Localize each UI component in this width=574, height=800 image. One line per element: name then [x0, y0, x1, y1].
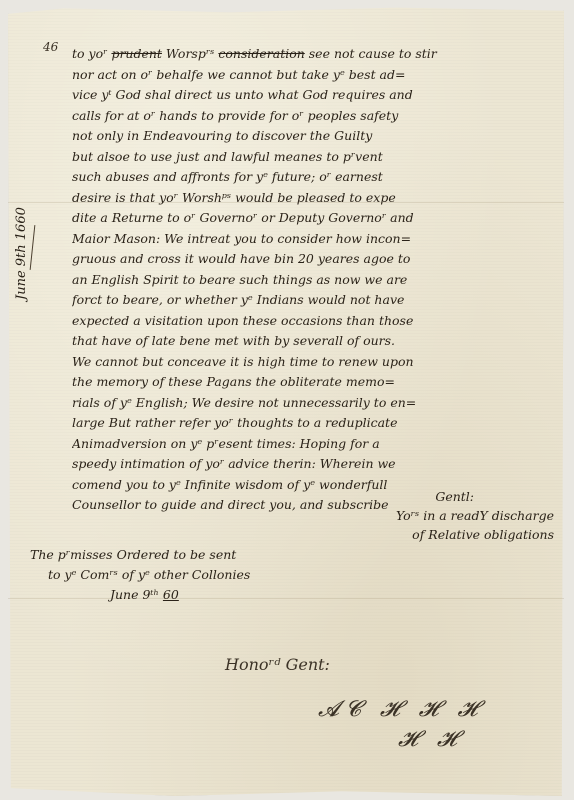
order-date-year: 60 [163, 587, 179, 602]
body-line: vice yᵗ God shal direct us unto what God… [72, 85, 560, 106]
margin-date: June 9th 1660 [14, 207, 29, 300]
body-line: nor act on oʳ behalfe we cannot but take… [72, 65, 560, 86]
body-line: desire is that yoʳ Worshᵖˢ would be plea… [72, 188, 560, 209]
order-date: June 9ᵗʰ 60 [30, 585, 250, 605]
initials-row: 𝓐𝓒 𝓗 𝓗 𝓗 [318, 695, 483, 725]
body-line: an English Spirit to beare such things a… [72, 270, 560, 291]
folio-number: 46 [43, 40, 58, 54]
order-note: The pʳmisses Ordered to be sent to yᵉ Co… [30, 545, 250, 605]
endorsement: Honoʳᵈ Gent: [225, 655, 330, 674]
closing-salutation: Gentl: [396, 487, 554, 506]
closing-line: Yoʳˢ in a readY discharge [396, 506, 554, 525]
body-line: rials of yᵉ English; We desire not unnec… [72, 393, 560, 414]
initials-row: 𝓗 𝓗 [318, 725, 483, 755]
letter-closing: Gentl: Yoʳˢ in a readY discharge of Rela… [396, 487, 554, 544]
order-line: to yᵉ Comʳˢ of yᵉ other Collonies [30, 565, 250, 585]
body-line: expected a visitation upon these occasio… [72, 311, 560, 332]
body-line: but alsoe to use just and lawful meanes … [72, 147, 560, 168]
signature-initials: 𝓐𝓒 𝓗 𝓗 𝓗 𝓗 𝓗 [318, 695, 483, 755]
body-line: speedy intimation of yoʳ advice therin: … [72, 454, 560, 475]
body-line: calls for at oʳ hands to provide for oʳ … [72, 106, 560, 127]
body-line: We cannot but conceave it is high time t… [72, 352, 560, 373]
body-line: not only in Endeavouring to discover the… [72, 126, 560, 147]
body-line: to yoʳ prudent Worspʳˢ consideration see… [72, 44, 560, 65]
body-line: dite a Returne to oʳ Governoʳ or Deputy … [72, 208, 560, 229]
body-line: gruous and cross it would have bin 20 ye… [72, 249, 560, 270]
body-line: that have of late bene met with by sever… [72, 331, 560, 352]
body-line: such abuses and affronts for yᵉ future; … [72, 167, 560, 188]
order-date-day: June 9ᵗʰ [110, 587, 159, 602]
letter-body: to yoʳ prudent Worspʳˢ consideration see… [72, 44, 560, 516]
body-line: the memory of these Pagans the obliterat… [72, 372, 560, 393]
body-line: large But rather refer yoʳ thoughts to a… [72, 413, 560, 434]
body-line: Maior Mason: We intreat you to consider … [72, 229, 560, 250]
order-line: The pʳmisses Ordered to be sent [30, 545, 250, 565]
body-line: Animadversion on yᵉ pʳesent times: Hopin… [72, 434, 560, 455]
body-line: forct to beare, or whether yᵉ Indians wo… [72, 290, 560, 311]
closing-line: of Relative obligations [396, 525, 554, 544]
